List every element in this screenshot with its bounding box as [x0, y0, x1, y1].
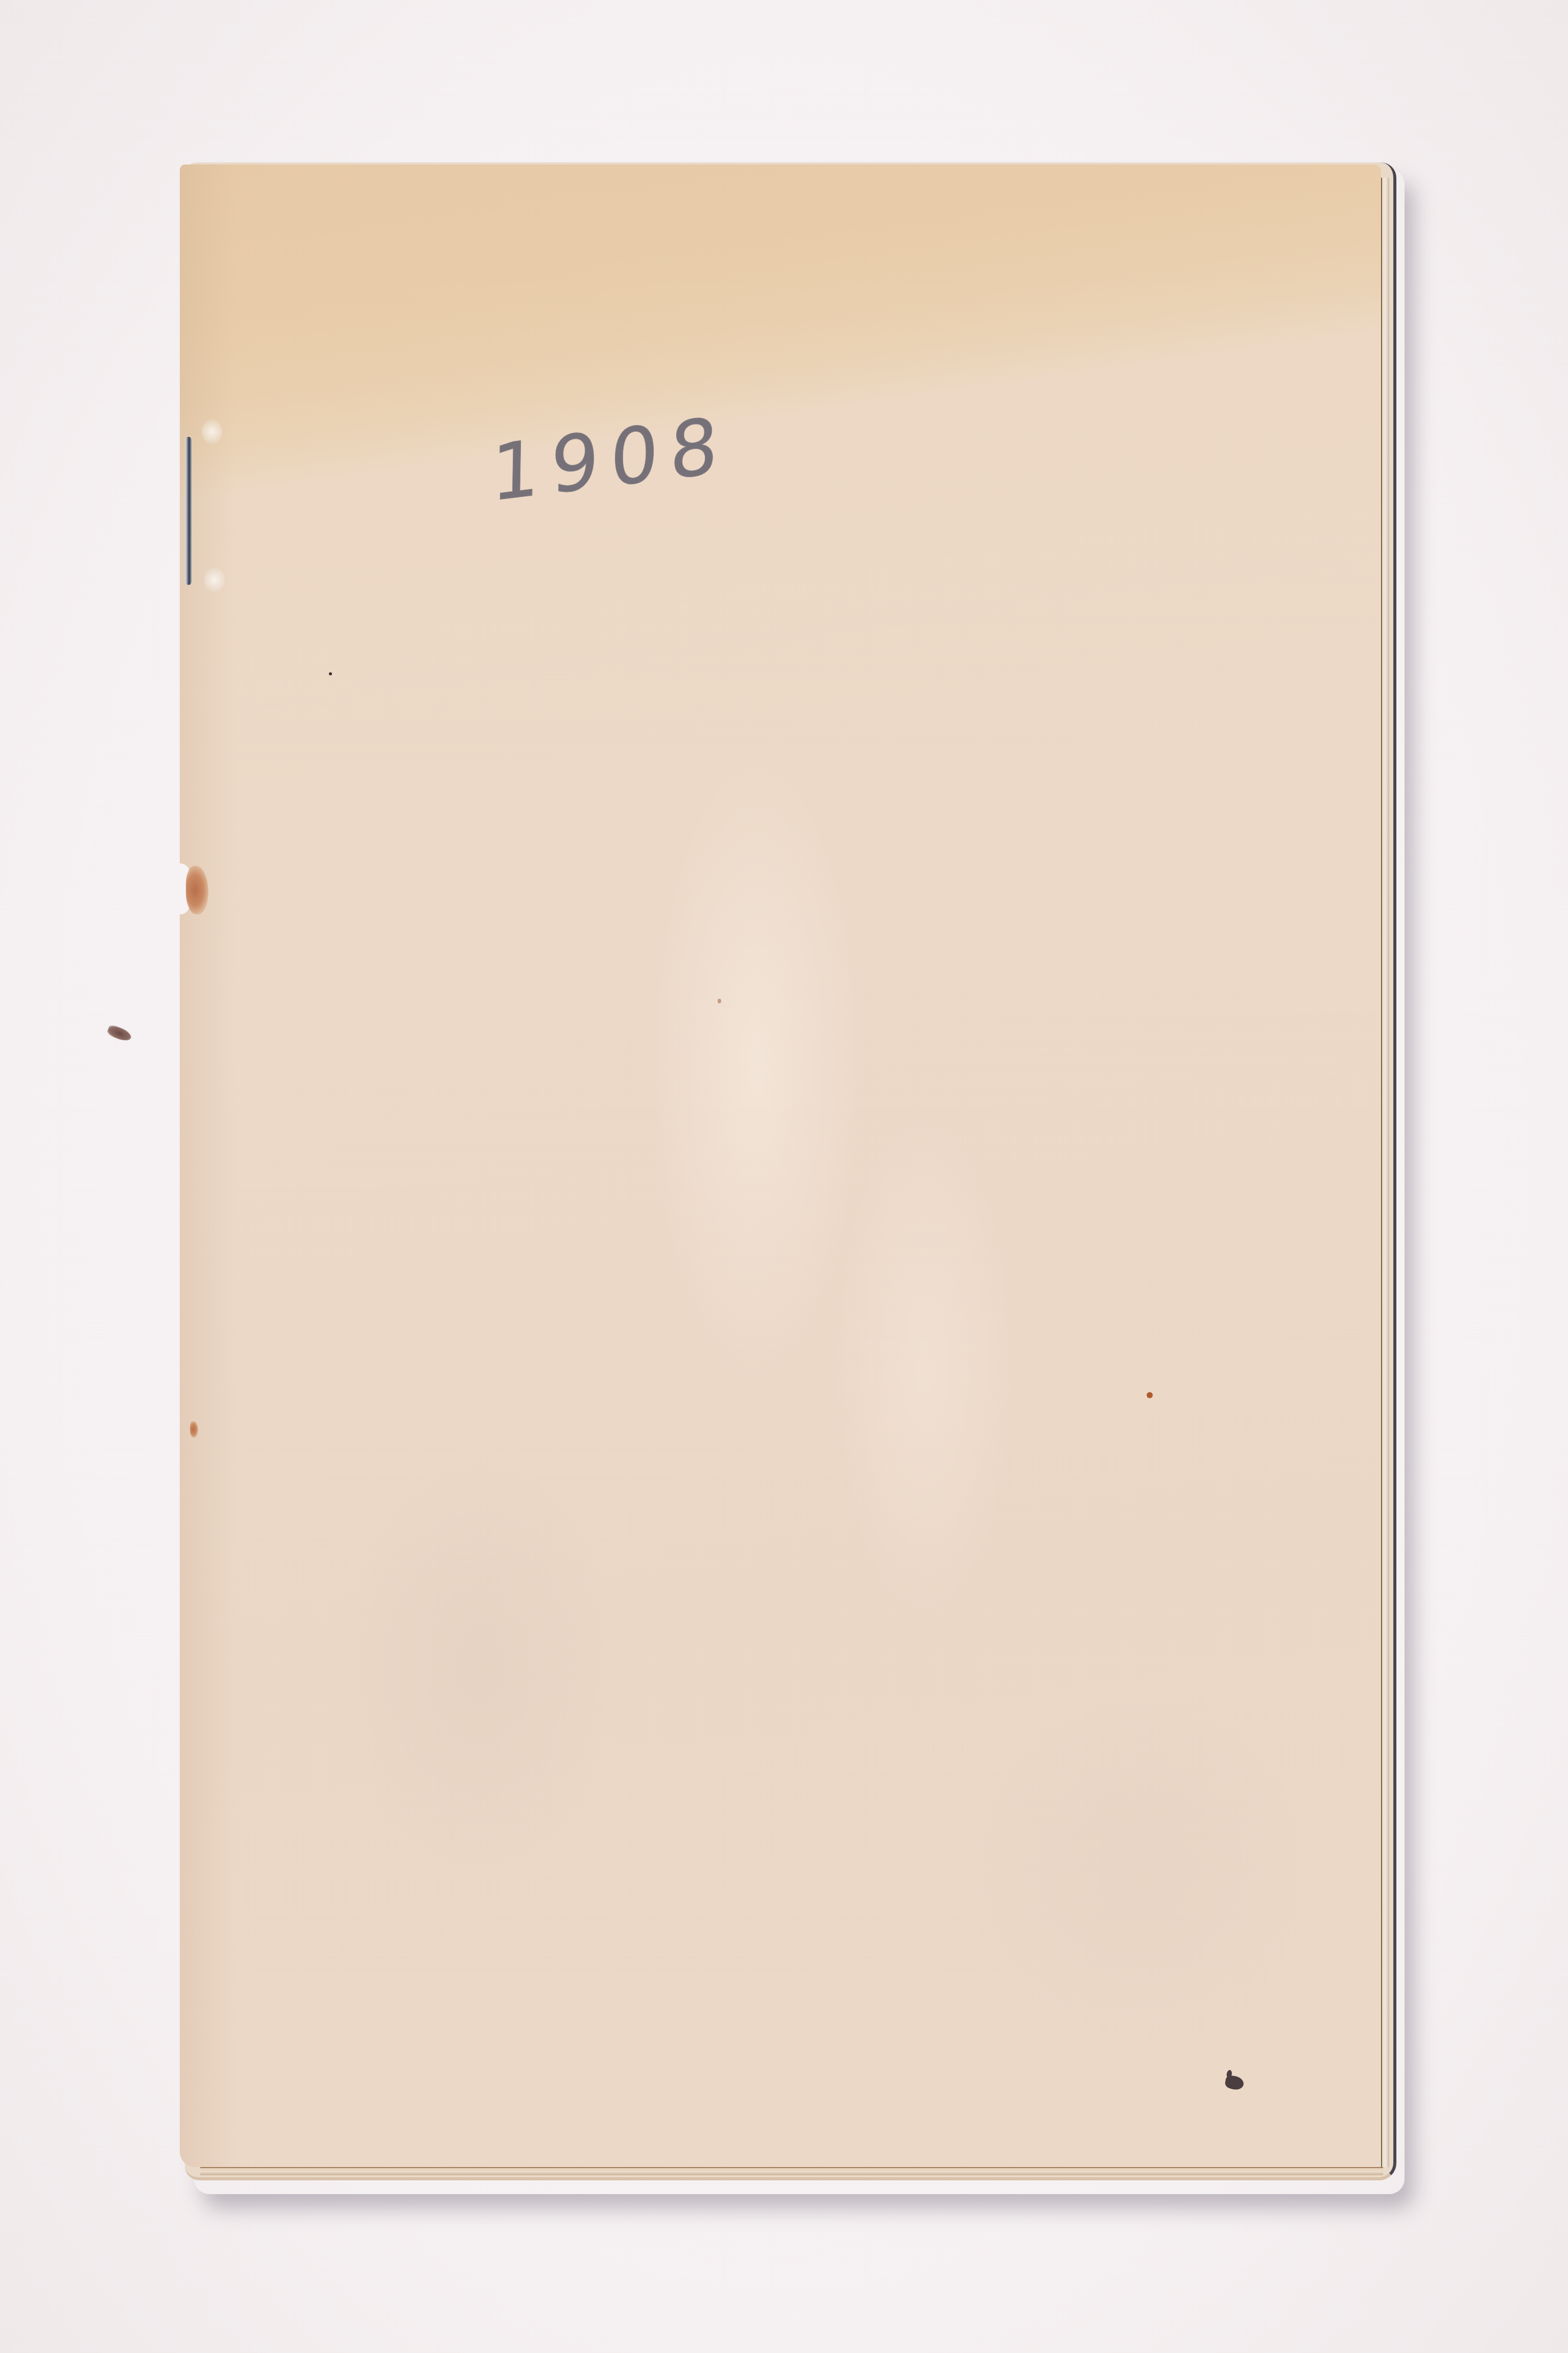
staple-hole-mark: [204, 567, 225, 593]
booklet-cover: [180, 164, 1381, 2167]
rust-stain: [190, 1421, 198, 1438]
dirt-speck: [329, 672, 332, 675]
staple-hole-mark: [202, 419, 222, 444]
rust-speck: [1147, 1392, 1153, 1398]
paper-texture: [180, 164, 1381, 2167]
staple-icon: [185, 437, 192, 585]
dirt-speck: [718, 999, 721, 1003]
